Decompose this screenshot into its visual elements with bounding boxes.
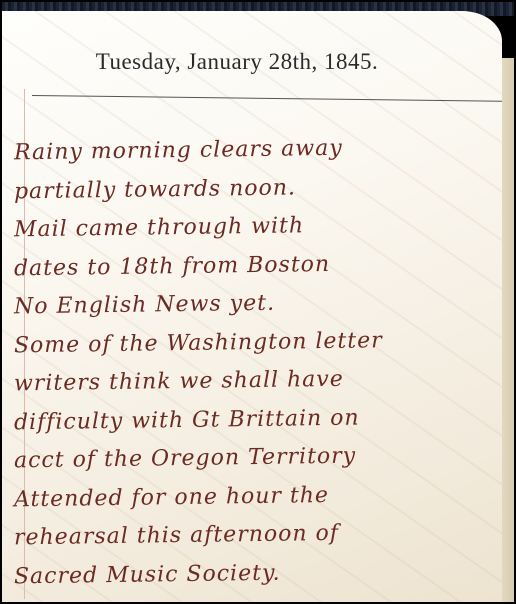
entry-line: Rainy morning clears away <box>14 128 494 173</box>
handwritten-entry: Rainy morning clears away partially towa… <box>14 131 494 593</box>
entry-line: Mail came through with <box>14 205 494 250</box>
entry-line: difficulty with Gt Brittain on <box>14 397 494 442</box>
printed-date-header: Tuesday, January 28th, 1845. <box>2 49 502 75</box>
entry-line: dates to 18th from Boston <box>14 243 494 288</box>
entry-line: acct of the Oregon Territory <box>14 436 494 481</box>
entry-line: Some of the Washington letter <box>14 320 494 365</box>
entry-line: Sacred Music Society. <box>14 551 494 596</box>
entry-line: No English News yet. <box>14 282 494 327</box>
photo-frame: Tuesday, January 28th, 1845. Rainy morni… <box>0 0 516 604</box>
entry-line: partially towards noon. <box>14 166 494 211</box>
entry-line: Attended for one hour the <box>14 474 494 519</box>
header-rule <box>32 95 502 102</box>
entry-line: rehearsal this afternoon of <box>14 513 494 558</box>
diary-page: Tuesday, January 28th, 1845. Rainy morni… <box>2 11 502 602</box>
entry-line: writers think we shall have <box>14 359 494 404</box>
